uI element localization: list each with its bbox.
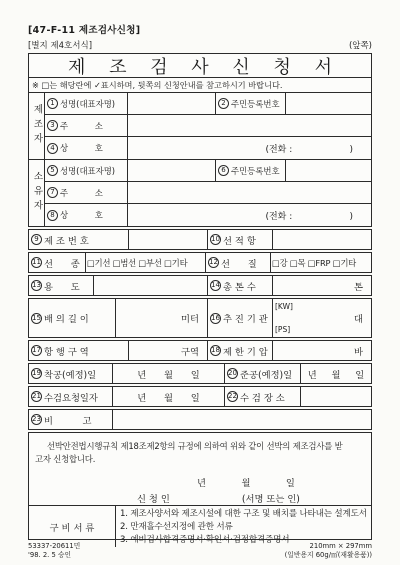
statement-text: 선박안전법시행규칙 제18조제2항의 규정에 의하여 위와 같이 선박의 제조검… — [29, 433, 371, 466]
circled-number-23: 23 — [31, 414, 42, 425]
owner-trade-label: 8 상 호 — [45, 204, 128, 226]
attachment-item-2: 2. 만재흘수선지정에 관한 서류 — [120, 521, 367, 534]
row-remarks: 23 비 고 — [28, 409, 372, 430]
complete-date-format: 년 월 일 — [308, 367, 365, 381]
circled-number-15: 15 — [31, 313, 42, 324]
attachment-item-1: 1. 제조사양서와 제조시설에 대한 구조 및 배치를 나타내는 설계도서 — [120, 508, 367, 521]
use-input[interactable] — [94, 276, 208, 295]
engine-ps-label: [PS] — [275, 325, 369, 334]
statement-section: 선박안전법시행규칙 제18조제2항의 규정에 의하여 위와 같이 선박의 제조검… — [28, 432, 372, 540]
tonnage-input[interactable]: 톤 — [273, 276, 371, 295]
pressure-label: 18 제 한 기 압 — [208, 341, 273, 360]
row-kind-material: 11 선 종 □기선 □범선 □부선 □기타 12 선 질 □강 □목 □FRP… — [28, 252, 372, 273]
ship-kind-label: 11 선 종 — [29, 253, 86, 272]
instruction-text: ※ □는 해당란에 ✓표시하며, 뒷쪽의 신청안내를 참고하시기 바랍니다. — [32, 80, 283, 91]
title-block: 제 조 검 사 신 청 서 ※ □는 해당란에 ✓표시하며, 뒷쪽의 신청안내를… — [28, 53, 372, 93]
circled-number-19: 19 — [31, 368, 42, 379]
owner-trade-row: 8 상 호 (전화 : ) — [45, 204, 371, 226]
engine-count-unit: 대 — [354, 311, 363, 325]
insp-date-format: 년 월 일 — [137, 390, 199, 404]
footer-doc-info: 53337-20611민 '98. 2. 5 승인 — [28, 542, 80, 559]
circled-number-7: 7 — [47, 187, 58, 198]
tonnage-label: 14 총 톤 수 — [208, 276, 273, 295]
material-checkboxes[interactable]: □강 □목 □FRP □기타 — [271, 253, 371, 272]
maker-rrn-label: 2 주민등록번호 — [216, 93, 286, 114]
row-length-engine: 15 배 의 길 이 미터 16 추 진 기 관 [KW] 대 [PS] — [28, 298, 372, 338]
maker-name-label: 1 성명(대표자명) — [45, 93, 128, 114]
footer-paper-info: 210mm × 297mm (일반용지 60g/㎡(재활용품)) — [285, 542, 372, 559]
insp-place-label: 22 수 검 장 소 — [225, 387, 301, 406]
row-inspdate-place: 21 수검요청일자 년 월 일 22 수 검 장 소 — [28, 386, 372, 407]
start-date-format: 년 월 일 — [137, 367, 199, 381]
circled-number-21: 21 — [31, 391, 42, 402]
ship-kind-checkboxes[interactable]: □기선 □범선 □부선 □기타 — [86, 253, 206, 272]
owner-rrn-input[interactable] — [286, 160, 371, 181]
circled-number-17: 17 — [31, 345, 42, 356]
maker-address-input[interactable] — [128, 115, 371, 136]
owner-phone-hint: (전화 : ) — [265, 209, 353, 222]
maker-phone-input[interactable]: (전화 : ) — [128, 137, 371, 159]
circled-number-1: 1 — [47, 98, 58, 109]
maker-name-row: 1 성명(대표자명) 2 주민등록번호 — [45, 93, 371, 115]
insp-date-label: 21 수검요청일자 — [29, 387, 113, 406]
statement-line1: 선박안전법시행규칙 제18조제2항의 규정에 의하여 위와 같이 선박의 제조검… — [35, 440, 365, 453]
tonnage-unit: 톤 — [354, 279, 363, 293]
form-page: [47-F-11 제조검사신청] [별지 제4호서식] (앞쪽) 제 조 검 사… — [28, 22, 372, 559]
statement-line2: 고자 신청합니다. — [35, 453, 365, 466]
owner-address-label: 7 주 소 — [45, 182, 128, 203]
circled-number-18: 18 — [210, 345, 221, 356]
owner-rrn-label: 6 주민등록번호 — [216, 160, 286, 181]
mfg-no-label: 9 제 조 번 호 — [29, 230, 129, 249]
port-input[interactable] — [273, 230, 371, 249]
page-side-label: (앞쪽) — [349, 39, 372, 51]
signature-date[interactable]: 년 월 일 — [197, 475, 371, 489]
row-navarea-pressure: 17 항 행 구 역 구역 18 제 한 기 압 바 — [28, 340, 372, 361]
circled-number-9: 9 — [31, 234, 42, 245]
insp-date-input[interactable]: 년 월 일 — [113, 387, 225, 406]
pressure-unit: 바 — [354, 344, 363, 358]
maker-trade-row: 4 상 호 (전화 : ) — [45, 137, 371, 159]
maker-address-label: 3 주 소 — [45, 115, 128, 136]
attachments-row: 구 비 서 류 1. 제조사양서와 제조시설에 대한 구조 및 배치를 나타내는… — [29, 505, 371, 547]
mfg-no-input[interactable] — [129, 230, 208, 249]
row-mfgno-port: 9 제 조 번 호 10 선 적 항 — [28, 229, 372, 250]
circled-number-6: 6 — [218, 165, 229, 176]
maker-section: 제조자 1 성명(대표자명) 2 주민등록번호 3 주 소 — [28, 92, 372, 160]
circled-number-10: 10 — [210, 234, 221, 245]
engine-label: 16 추 진 기 관 — [208, 299, 273, 337]
form-title: 제 조 검 사 신 청 서 — [59, 53, 341, 79]
circled-number-12: 12 — [208, 257, 219, 268]
engine-input[interactable]: [KW] 대 [PS] — [273, 299, 371, 337]
circled-number-3: 3 — [47, 120, 58, 131]
start-date-input[interactable]: 년 월 일 — [113, 364, 225, 383]
maker-name-input[interactable] — [128, 93, 216, 114]
remarks-input[interactable] — [113, 410, 371, 429]
pressure-input[interactable]: 바 — [273, 341, 371, 360]
paper-size: 210mm × 297mm — [285, 542, 372, 551]
circled-number-4: 4 — [47, 143, 58, 154]
complete-date-label: 20 준공(예정)일 — [225, 364, 301, 383]
circled-number-13: 13 — [31, 280, 42, 291]
sheet-reference: [별지 제4호서식] — [28, 39, 92, 51]
length-unit: 미터 — [181, 311, 199, 325]
attachments-list: 1. 제조사양서와 제조시설에 대한 구조 및 배치를 나타내는 설계도서 2.… — [115, 506, 371, 547]
owner-group-label: 소유자 — [29, 160, 45, 226]
applicant-label: 신 청 인 — [137, 491, 170, 505]
length-label: 15 배 의 길 이 — [29, 299, 116, 337]
maker-phone-hint: (전화 : ) — [265, 142, 353, 155]
owner-address-row: 7 주 소 — [45, 182, 371, 204]
engine-kw-label: [KW] — [275, 302, 369, 311]
sign-or-seal-label[interactable]: (서명 또는 인) — [242, 491, 300, 505]
owner-name-label: 5 성명(대표자명) — [45, 160, 128, 181]
complete-date-input[interactable]: 년 월 일 — [301, 364, 371, 383]
use-label: 13 용 도 — [29, 276, 94, 295]
document-number: 53337-20611민 — [28, 542, 80, 551]
circled-number-16: 16 — [210, 313, 221, 324]
insp-place-input[interactable] — [301, 387, 371, 406]
maker-address-row: 3 주 소 — [45, 115, 371, 137]
circled-number-20: 20 — [227, 368, 238, 379]
circled-number-5: 5 — [47, 165, 58, 176]
material-label: 12 선 질 — [206, 253, 271, 272]
remarks-label: 23 비 고 — [29, 410, 113, 429]
circled-number-11: 11 — [31, 257, 42, 268]
nav-area-label: 17 항 행 구 역 — [29, 341, 129, 360]
maker-rrn-input[interactable] — [286, 93, 371, 114]
row-start-complete: 19 착공(예정)일 년 월 일 20 준공(예정)일 년 월 일 — [28, 363, 372, 384]
circled-number-2: 2 — [218, 98, 229, 109]
start-date-label: 19 착공(예정)일 — [29, 364, 113, 383]
form-code: [47-F-11 제조검사신청] — [28, 22, 372, 36]
owner-name-input[interactable] — [128, 160, 216, 181]
paper-spec: (일반용지 60g/㎡(재활용품)) — [285, 551, 372, 560]
maker-group-label: 제조자 — [29, 93, 45, 159]
reference-line: [별지 제4호서식] (앞쪽) — [28, 39, 372, 51]
length-input[interactable]: 미터 — [116, 299, 208, 337]
circled-number-22: 22 — [227, 391, 238, 402]
owner-phone-input[interactable]: (전화 : ) — [128, 204, 371, 226]
title-row: 제 조 검 사 신 청 서 — [29, 54, 371, 78]
approval-date: '98. 2. 5 승인 — [28, 551, 80, 560]
maker-trade-label: 4 상 호 — [45, 137, 128, 159]
signature-row: 신 청 인 (서명 또는 인) — [29, 491, 371, 505]
instruction-row: ※ □는 해당란에 ✓표시하며, 뒷쪽의 신청안내를 참고하시기 바랍니다. — [29, 78, 371, 92]
port-label: 10 선 적 항 — [208, 230, 273, 249]
attachments-label: 구 비 서 류 — [29, 506, 115, 547]
nav-area-input[interactable]: 구역 — [129, 341, 208, 360]
owner-address-input[interactable] — [128, 182, 371, 203]
nav-area-unit: 구역 — [181, 344, 199, 358]
owner-name-row: 5 성명(대표자명) 6 주민등록번호 — [45, 160, 371, 182]
row-use-tonnage: 13 용 도 14 총 톤 수 톤 — [28, 275, 372, 296]
owner-section: 소유자 5 성명(대표자명) 6 주민등록번호 7 주 소 — [28, 159, 372, 227]
circled-number-8: 8 — [47, 210, 58, 221]
circled-number-14: 14 — [210, 280, 221, 291]
